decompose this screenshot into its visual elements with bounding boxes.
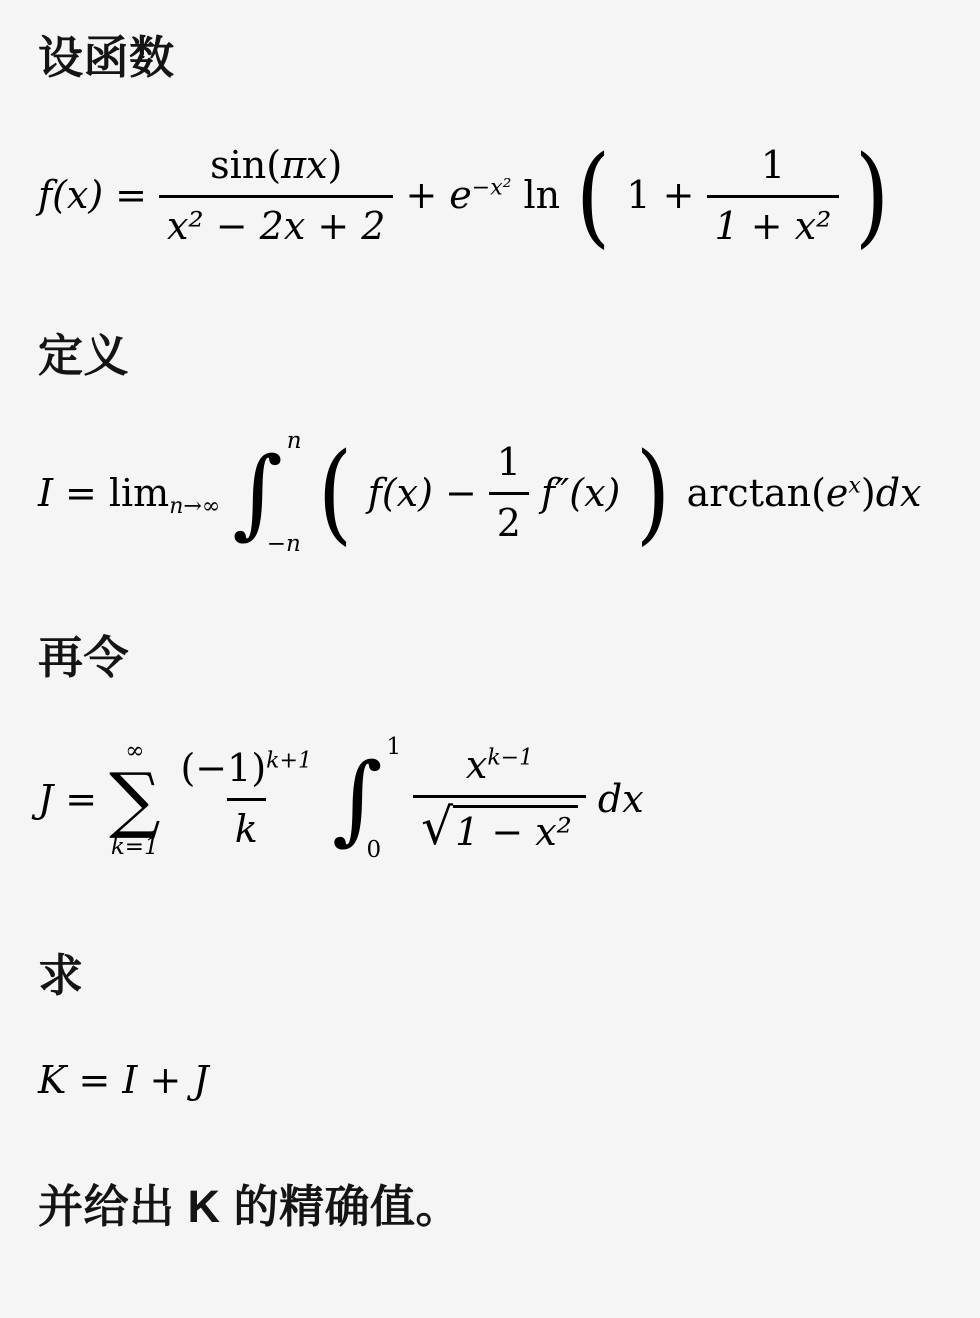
big-right-paren: ): [855, 145, 890, 248]
heading-define: 定义: [38, 328, 942, 384]
integral-limits: 1 0: [382, 736, 401, 862]
numerator: 1: [489, 441, 529, 492]
formula-f: f(x) = sin(πx) x² − 2x + 2 + e−x² ln ( 1…: [38, 144, 942, 248]
radical: √1 − x²: [421, 805, 578, 855]
math-run: 1 +: [626, 174, 694, 218]
denominator: x² − 2x + 2: [159, 195, 393, 249]
equals-sign: =: [65, 778, 97, 822]
math-run: f(x): [368, 472, 433, 516]
upper-limit: n: [287, 430, 302, 453]
equals-sign: =: [65, 472, 97, 516]
upper-limit: 1: [386, 736, 401, 759]
plus-sign: +: [405, 174, 437, 218]
formula-K: K = I + J: [38, 1059, 942, 1103]
math-run: (−1): [180, 746, 266, 790]
formula-I: I = limn→∞ ∫ n −n ( f(x) − 1 2 f″(x) ) a…: [38, 430, 942, 556]
paren: ): [861, 471, 876, 515]
heading-set-function: 设函数: [38, 30, 942, 86]
heading-find: 求: [38, 948, 942, 1004]
summation: ∞ ∑ k=1: [109, 738, 160, 860]
formula-J: J = ∞ ∑ k=1 (−1)k+1 k ∫ 1 0 xk−1 √1 − x²…: [38, 736, 942, 862]
subscript: n→∞: [169, 494, 220, 519]
integral: ∫ n −n: [232, 430, 301, 556]
equals-sign: =: [115, 174, 147, 218]
numerator: xk−1: [458, 744, 541, 795]
differential: dx: [876, 471, 922, 515]
sum-lower-limit: k=1: [111, 834, 159, 861]
fraction: 1 2: [489, 441, 529, 545]
fraction: 1 1 + x²: [707, 144, 840, 248]
closing-statement: 并给出 K 的精确值。: [38, 1179, 942, 1235]
numerator: 1: [753, 144, 793, 195]
math-run: K = I + J: [38, 1059, 209, 1103]
fraction: xk−1 √1 − x²: [413, 744, 586, 854]
math-run: πx: [281, 143, 327, 187]
denominator: k: [227, 798, 266, 852]
lim-label: lim: [109, 471, 169, 515]
numerator: sin(πx): [202, 144, 350, 195]
math-run-lhs: f(x): [38, 174, 103, 218]
exp-term: e−x²: [449, 174, 511, 218]
math-run: e: [449, 173, 472, 217]
integral-sign: ∫: [232, 445, 282, 542]
paren: ): [327, 143, 342, 187]
denominator: 1 + x²: [707, 195, 840, 249]
math-run-lhs: J: [38, 778, 53, 822]
minus-sign: −: [445, 472, 477, 516]
integral: ∫ 1 0: [332, 736, 401, 862]
big-right-paren: ): [636, 442, 671, 545]
problem-document: 设函数 f(x) = sin(πx) x² − 2x + 2 + e−x² ln…: [0, 0, 980, 1318]
superscript: k+1: [266, 749, 312, 774]
math-run: e: [826, 471, 849, 515]
sum-sign: ∑: [109, 765, 160, 833]
math-run: x: [466, 743, 487, 787]
limit-term: limn→∞: [109, 472, 220, 516]
integral-limits: n −n: [283, 430, 302, 556]
lower-limit: −n: [267, 533, 302, 556]
superscript: x: [848, 473, 860, 498]
superscript: −x²: [472, 176, 512, 201]
fraction: sin(πx) x² − 2x + 2: [159, 144, 393, 248]
fraction: (−1)k+1 k: [172, 747, 320, 851]
lower-limit: 0: [366, 839, 401, 862]
denominator: √1 − x²: [413, 795, 586, 855]
heading-then-let: 再令: [38, 630, 942, 686]
denominator: 2: [489, 492, 529, 546]
big-left-paren: (: [317, 442, 352, 545]
math-run-lhs: I: [38, 472, 53, 516]
superscript: k−1: [487, 746, 533, 771]
radicand: 1 − x²: [453, 805, 578, 855]
arctan-label: arctan(: [687, 471, 826, 515]
math-run: f″(x): [541, 472, 620, 516]
sqrt-sign: √: [421, 806, 453, 847]
differential: dx: [598, 778, 644, 822]
sin-label: sin(: [210, 143, 281, 187]
ln-label: ln: [524, 174, 561, 218]
big-left-paren: (: [576, 145, 611, 248]
numerator: (−1)k+1: [172, 747, 320, 798]
arctan-term: arctan(ex)dx: [687, 472, 922, 516]
integral-sign: ∫: [332, 751, 382, 848]
